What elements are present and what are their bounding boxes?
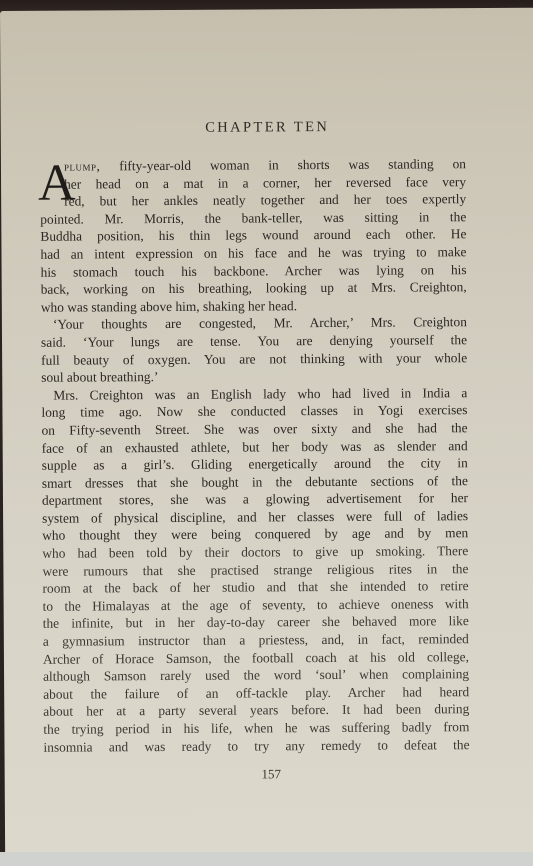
page-number: 157 [5,765,533,784]
body-text: A plump, fifty-year-old woman in shorts … [40,155,470,756]
text-line: had an intent expression on his face and… [40,243,466,263]
text-line: who had been told by their doctors to gi… [42,542,468,562]
text-line: red, but her ankles neatly together and … [40,190,466,210]
text-line: a gymnasium instructor than a priestess,… [43,630,469,650]
book-page: CHAPTER TEN A plump, fifty-year-old woma… [0,8,533,856]
text-line: plump, fifty-year-old woman in shorts wa… [40,155,466,175]
chapter-title: CHAPTER TEN [1,118,533,138]
text-line: on Fifty-seventh Street. She was over si… [42,419,468,439]
text-line: back, working on his breathing, looking … [41,278,467,298]
text-line: the trying period in his life, when he w… [43,718,469,738]
text-line: supple as a girl’s. Gliding energeticall… [42,454,468,474]
surface-below-page [0,852,533,866]
text-line-content: fifty-year-old woman in shorts was stand… [100,156,466,173]
text-line: full beauty of oxygen. You are not think… [41,349,467,369]
text-line: insomnia and was ready to try any remedy… [43,736,469,756]
text-line: said. ‘Your lungs are tense. You are den… [41,331,467,351]
drop-cap: A [38,162,76,206]
